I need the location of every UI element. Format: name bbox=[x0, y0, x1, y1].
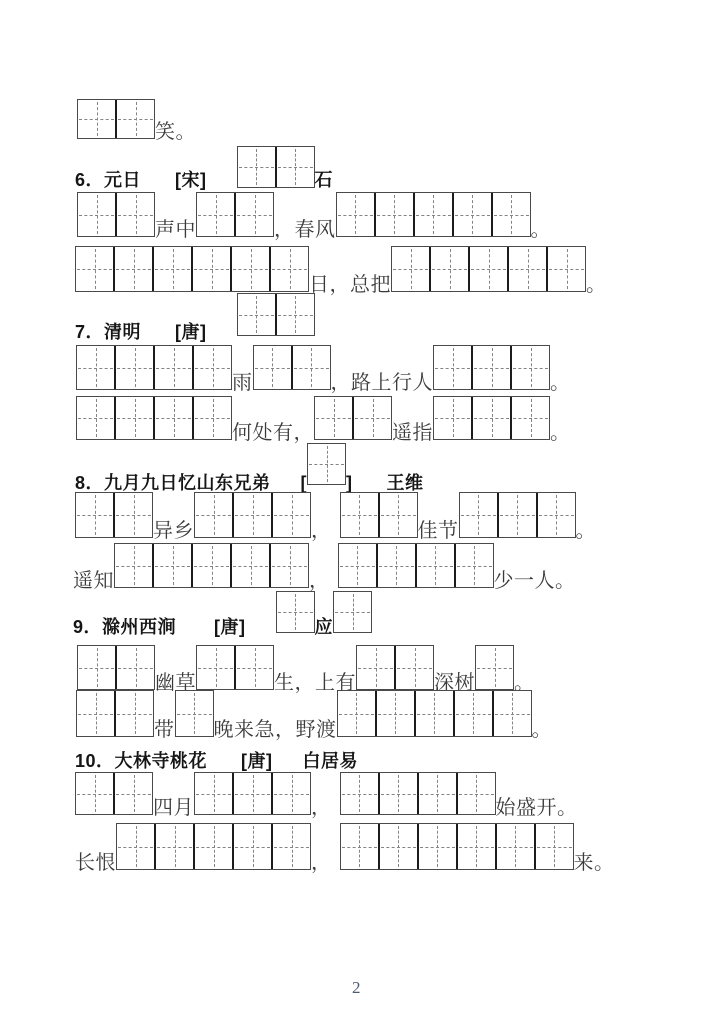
tianzige-cell bbox=[357, 646, 396, 689]
poem5-tail-line: 笑。 bbox=[77, 99, 196, 139]
tianzige-cell bbox=[193, 247, 232, 291]
worksheet-text: 异乡 bbox=[153, 520, 194, 542]
worksheet-text: 带 bbox=[154, 719, 175, 741]
worksheet-text: [唐] bbox=[214, 617, 246, 637]
tianzige-cell bbox=[115, 247, 154, 291]
tianzige-cell bbox=[78, 193, 117, 236]
tianzige-cell bbox=[116, 691, 153, 736]
poem9-line2: 带晚来急，野渡。 bbox=[76, 690, 552, 737]
tianzige-cell bbox=[380, 773, 419, 814]
worksheet-text: 笑。 bbox=[155, 121, 196, 143]
tianzige-cell bbox=[396, 646, 433, 689]
tianzige-box-group bbox=[337, 690, 532, 737]
worksheet-text: [唐] bbox=[175, 322, 207, 342]
tianzige-cell bbox=[117, 646, 154, 689]
tianzige-cell bbox=[254, 346, 293, 389]
tianzige-cell bbox=[493, 193, 530, 236]
tianzige-cell bbox=[238, 147, 277, 187]
tianzige-cell bbox=[334, 592, 371, 632]
page-number: 2 bbox=[352, 978, 361, 998]
poem10-line2: 长恨，来。 bbox=[75, 823, 615, 870]
tianzige-box-group bbox=[340, 492, 418, 538]
tianzige-box-group bbox=[433, 396, 550, 440]
poem10-line1: 四月，始盛开。 bbox=[75, 772, 578, 815]
tianzige-cell bbox=[341, 773, 380, 814]
worksheet-text: 9．滁州西涧 bbox=[73, 617, 176, 637]
worksheet-text: 7．清明 bbox=[75, 322, 141, 342]
tianzige-cell bbox=[415, 193, 454, 236]
poem6-line1: 声中，春风。 bbox=[77, 192, 551, 237]
tianzige-cell bbox=[194, 346, 231, 389]
tianzige-cell bbox=[338, 691, 377, 736]
tianzige-cell bbox=[76, 773, 115, 814]
tianzige-cell bbox=[416, 691, 455, 736]
tianzige-cell bbox=[116, 346, 155, 389]
worksheet-text: ，路上行人 bbox=[331, 372, 434, 394]
tianzige-box-group bbox=[196, 645, 274, 690]
tianzige-cell bbox=[234, 493, 273, 537]
worksheet-text: 始盛开。 bbox=[496, 797, 578, 819]
tianzige-box-group bbox=[75, 246, 309, 292]
worksheet-text: 10．大林寺桃花 bbox=[75, 751, 207, 771]
tianzige-box-group bbox=[76, 690, 154, 737]
tianzige-cell bbox=[115, 544, 154, 587]
tianzige-cell bbox=[271, 544, 308, 587]
tianzige-box-group bbox=[336, 192, 531, 237]
tianzige-cell bbox=[536, 824, 573, 869]
worksheet-text: 。 bbox=[531, 219, 552, 241]
tianzige-box-group bbox=[340, 823, 574, 870]
tianzige-cell bbox=[341, 824, 380, 869]
poem8-header: 8．九月九日忆山东兄弟[]王维 bbox=[75, 449, 424, 491]
tianzige-cell bbox=[117, 824, 156, 869]
tianzige-box-group bbox=[77, 645, 155, 690]
tianzige-cell bbox=[154, 544, 193, 587]
tianzige-cell bbox=[458, 824, 497, 869]
worksheet-text: 四月 bbox=[153, 797, 194, 819]
tianzige-cell bbox=[339, 544, 378, 587]
tianzige-cell bbox=[195, 773, 234, 814]
tianzige-cell bbox=[195, 493, 234, 537]
poem7-line1: 雨，路上行人。 bbox=[76, 345, 571, 390]
tianzige-cell bbox=[419, 773, 458, 814]
worksheet-text: 长恨 bbox=[75, 852, 116, 874]
tianzige-cell bbox=[376, 193, 415, 236]
tianzige-cell bbox=[156, 824, 195, 869]
tianzige-cell bbox=[78, 646, 117, 689]
tianzige-box-group bbox=[76, 345, 232, 390]
poem7-line2: 何处有，遥指。 bbox=[76, 396, 571, 440]
worksheet-text: ， bbox=[311, 520, 332, 542]
tianzige-box-group bbox=[237, 146, 315, 188]
tianzige-box-group bbox=[116, 823, 311, 870]
tianzige-cell bbox=[277, 592, 314, 632]
tianzige-box-group bbox=[475, 645, 514, 690]
worksheet-text: 遥指 bbox=[392, 422, 433, 444]
worksheet-text: [宋] bbox=[175, 170, 207, 190]
tianzige-box-group bbox=[276, 591, 315, 633]
worksheet-text: 6．元日 bbox=[75, 170, 141, 190]
tianzige-cell bbox=[419, 824, 458, 869]
tianzige-box-group bbox=[340, 772, 496, 815]
tianzige-box-group bbox=[459, 492, 576, 538]
worksheet-text: 。 bbox=[586, 274, 607, 296]
tianzige-cell bbox=[234, 824, 273, 869]
bracket-close-text: ] bbox=[346, 473, 353, 493]
tianzige-cell bbox=[494, 691, 531, 736]
tianzige-cell bbox=[76, 493, 115, 537]
tianzige-cell bbox=[195, 824, 234, 869]
tianzige-box-group bbox=[175, 690, 214, 737]
worksheet-text: 遥知 bbox=[73, 570, 114, 592]
tianzige-cell bbox=[497, 824, 536, 869]
tianzige-box-group bbox=[76, 396, 232, 440]
tianzige-box-group bbox=[307, 443, 346, 485]
tianzige-cell bbox=[455, 691, 494, 736]
tianzige-box-group bbox=[75, 492, 153, 538]
tianzige-cell bbox=[273, 824, 310, 869]
poem8-line1: 异乡，佳节。 bbox=[75, 492, 596, 538]
tianzige-cell bbox=[377, 691, 416, 736]
tianzige-cell bbox=[354, 397, 391, 439]
author-text: 王维 bbox=[387, 473, 424, 493]
worksheet-text: 。 bbox=[532, 719, 553, 741]
tianzige-cell bbox=[277, 147, 314, 187]
tianzige-cell bbox=[273, 773, 310, 814]
tianzige-box-group bbox=[196, 192, 274, 237]
poem6-line2: 日，总把。 bbox=[75, 246, 607, 292]
tianzige-cell bbox=[155, 397, 194, 439]
tianzige-cell bbox=[512, 397, 549, 439]
worksheet-text: 石 bbox=[315, 170, 334, 190]
tianzige-cell bbox=[271, 247, 308, 291]
worksheet-text: 应 bbox=[315, 617, 334, 637]
tianzige-box-group bbox=[391, 246, 586, 292]
tianzige-cell bbox=[512, 346, 549, 389]
worksheet-text: ， bbox=[309, 570, 330, 592]
tianzige-box-group bbox=[237, 293, 315, 336]
tianzige-cell bbox=[197, 646, 236, 689]
worksheet-text: 。 bbox=[576, 520, 597, 542]
worksheet-text: ， bbox=[311, 852, 332, 874]
tianzige-cell bbox=[236, 646, 273, 689]
tianzige-cell bbox=[538, 493, 575, 537]
tianzige-cell bbox=[380, 493, 417, 537]
tianzige-cell bbox=[434, 397, 473, 439]
tianzige-cell bbox=[499, 493, 538, 537]
tianzige-cell bbox=[234, 773, 273, 814]
tianzige-cell bbox=[470, 247, 509, 291]
tianzige-cell bbox=[232, 544, 271, 587]
tianzige-cell bbox=[78, 100, 117, 138]
tianzige-cell bbox=[509, 247, 548, 291]
tianzige-cell bbox=[456, 544, 493, 587]
worksheet-text: [唐] bbox=[241, 751, 273, 771]
tianzige-cell bbox=[154, 247, 193, 291]
tianzige-cell bbox=[116, 397, 155, 439]
tianzige-cell bbox=[431, 247, 470, 291]
tianzige-cell bbox=[434, 346, 473, 389]
worksheet-text: 雨 bbox=[232, 372, 253, 394]
tianzige-cell bbox=[155, 346, 194, 389]
tianzige-cell bbox=[378, 544, 417, 587]
tianzige-cell bbox=[337, 193, 376, 236]
tianzige-cell bbox=[236, 193, 273, 236]
tianzige-cell bbox=[473, 346, 512, 389]
poem8-line2: 遥知，少一人。 bbox=[73, 543, 576, 588]
worksheet-text: 佳节 bbox=[418, 520, 459, 542]
tianzige-cell bbox=[458, 773, 495, 814]
tianzige-cell bbox=[277, 294, 314, 335]
tianzige-cell bbox=[176, 691, 213, 736]
tianzige-box-group bbox=[253, 345, 331, 390]
tianzige-box-group bbox=[194, 492, 311, 538]
tianzige-cell bbox=[308, 444, 345, 484]
tianzige-box-group bbox=[77, 99, 155, 139]
poem9-header: 9．滁州西涧[唐]应 bbox=[73, 593, 372, 635]
worksheet-text: ， bbox=[311, 797, 332, 819]
tianzige-cell bbox=[473, 397, 512, 439]
tianzige-box-group bbox=[314, 396, 392, 440]
tianzige-cell bbox=[115, 493, 152, 537]
tianzige-cell bbox=[315, 397, 354, 439]
poem10-header: 10．大林寺桃花[唐]白居易 bbox=[75, 747, 358, 769]
worksheet-text: 何处有， bbox=[232, 422, 314, 444]
tianzige-box-group bbox=[333, 591, 372, 633]
tianzige-cell bbox=[293, 346, 330, 389]
author-text: 白居易 bbox=[303, 751, 359, 771]
tianzige-cell bbox=[417, 544, 456, 587]
worksheet-text: 来。 bbox=[574, 852, 615, 874]
tianzige-cell bbox=[392, 247, 431, 291]
tianzige-box-group bbox=[114, 543, 309, 588]
tianzige-cell bbox=[238, 294, 277, 335]
tianzige-cell bbox=[77, 397, 116, 439]
tianzige-cell bbox=[117, 193, 154, 236]
tianzige-cell bbox=[194, 397, 231, 439]
tianzige-box-group bbox=[77, 192, 155, 237]
tianzige-cell bbox=[117, 100, 154, 138]
tianzige-box-group bbox=[356, 645, 434, 690]
worksheet-text: 。 bbox=[550, 372, 571, 394]
worksheet-text: 8．九月九日忆山东兄弟 bbox=[75, 473, 271, 493]
tianzige-cell bbox=[476, 646, 513, 689]
tianzige-cell bbox=[273, 493, 310, 537]
poem9-line1: 幽草生，上有深树。 bbox=[77, 645, 535, 690]
tianzige-cell bbox=[454, 193, 493, 236]
tianzige-cell bbox=[460, 493, 499, 537]
tianzige-box-group bbox=[433, 345, 550, 390]
tianzige-cell bbox=[197, 193, 236, 236]
tianzige-cell bbox=[341, 493, 380, 537]
worksheet-text: ，春风 bbox=[274, 219, 336, 241]
tianzige-cell bbox=[380, 824, 419, 869]
tianzige-cell bbox=[548, 247, 585, 291]
worksheet-text: 日，总把 bbox=[309, 274, 391, 296]
worksheet-page: 笑。6．元日[宋]石声中，春风。日，总把。7．清明[唐]雨，路上行人。何处有，遥… bbox=[0, 0, 721, 1024]
worksheet-text: 晚来急，野渡 bbox=[214, 719, 337, 741]
tianzige-cell bbox=[77, 691, 116, 736]
tianzige-cell bbox=[193, 544, 232, 587]
worksheet-text: 。 bbox=[550, 422, 571, 444]
tianzige-box-group bbox=[338, 543, 494, 588]
poem7-header: 7．清明[唐] bbox=[75, 297, 315, 340]
tianzige-cell bbox=[76, 247, 115, 291]
tianzige-cell bbox=[77, 346, 116, 389]
tianzige-cell bbox=[115, 773, 152, 814]
tianzige-box-group bbox=[75, 772, 153, 815]
poem6-header: 6．元日[宋]石 bbox=[75, 146, 333, 188]
worksheet-text: 少一人。 bbox=[494, 570, 576, 592]
tianzige-cell bbox=[232, 247, 271, 291]
tianzige-box-group bbox=[194, 772, 311, 815]
worksheet-text: 声中 bbox=[155, 219, 196, 241]
